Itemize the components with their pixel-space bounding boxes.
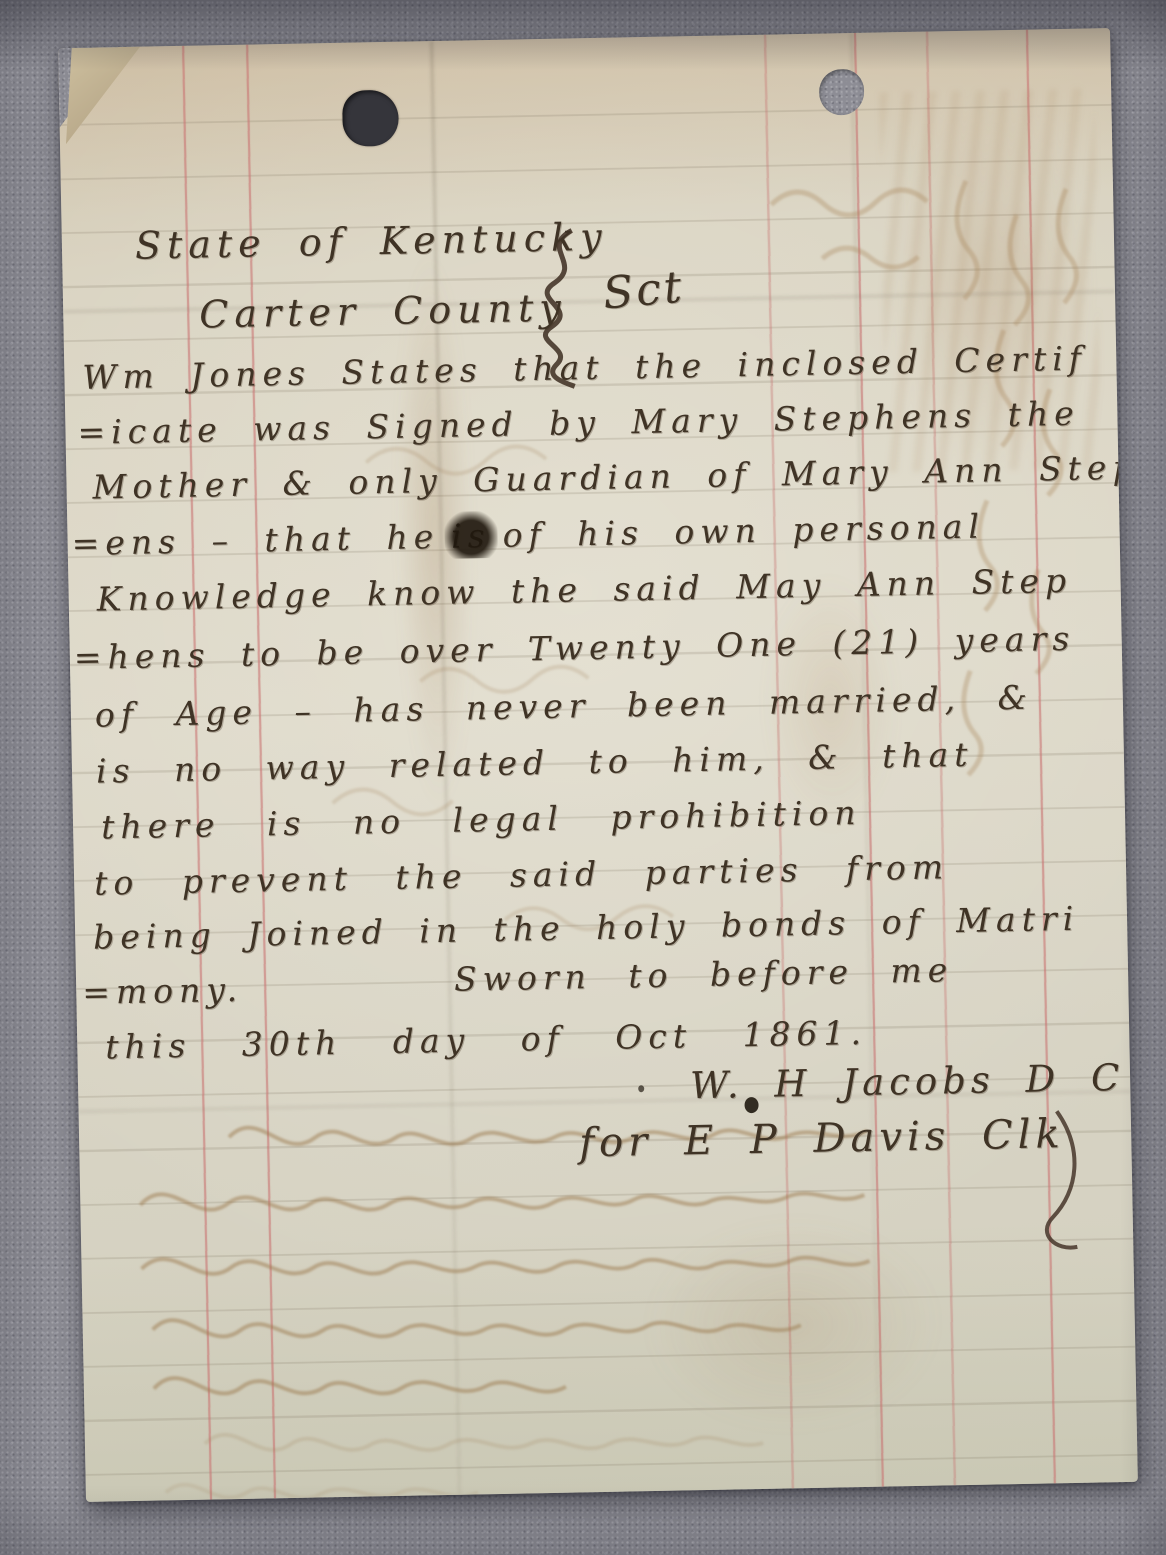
- clerk-signature: for E P Davis Clk: [579, 1111, 1065, 1166]
- body-line-segment: =ens – that he: [71, 517, 439, 563]
- paper-sheet: State of Kentucky Carter County Sct Wm J…: [58, 28, 1138, 1502]
- sct-abbreviation: Sct: [601, 262, 687, 320]
- struck-word: is: [451, 516, 491, 556]
- heading-state-line: State of Kentucky: [135, 215, 608, 268]
- body-line: =mony.: [82, 970, 244, 1012]
- heading-county-line: Carter County: [199, 286, 567, 337]
- punch-hole-left: [342, 90, 399, 147]
- ink-blot: [638, 1085, 644, 1092]
- photo-background: State of Kentucky Carter County Sct Wm J…: [0, 0, 1166, 1555]
